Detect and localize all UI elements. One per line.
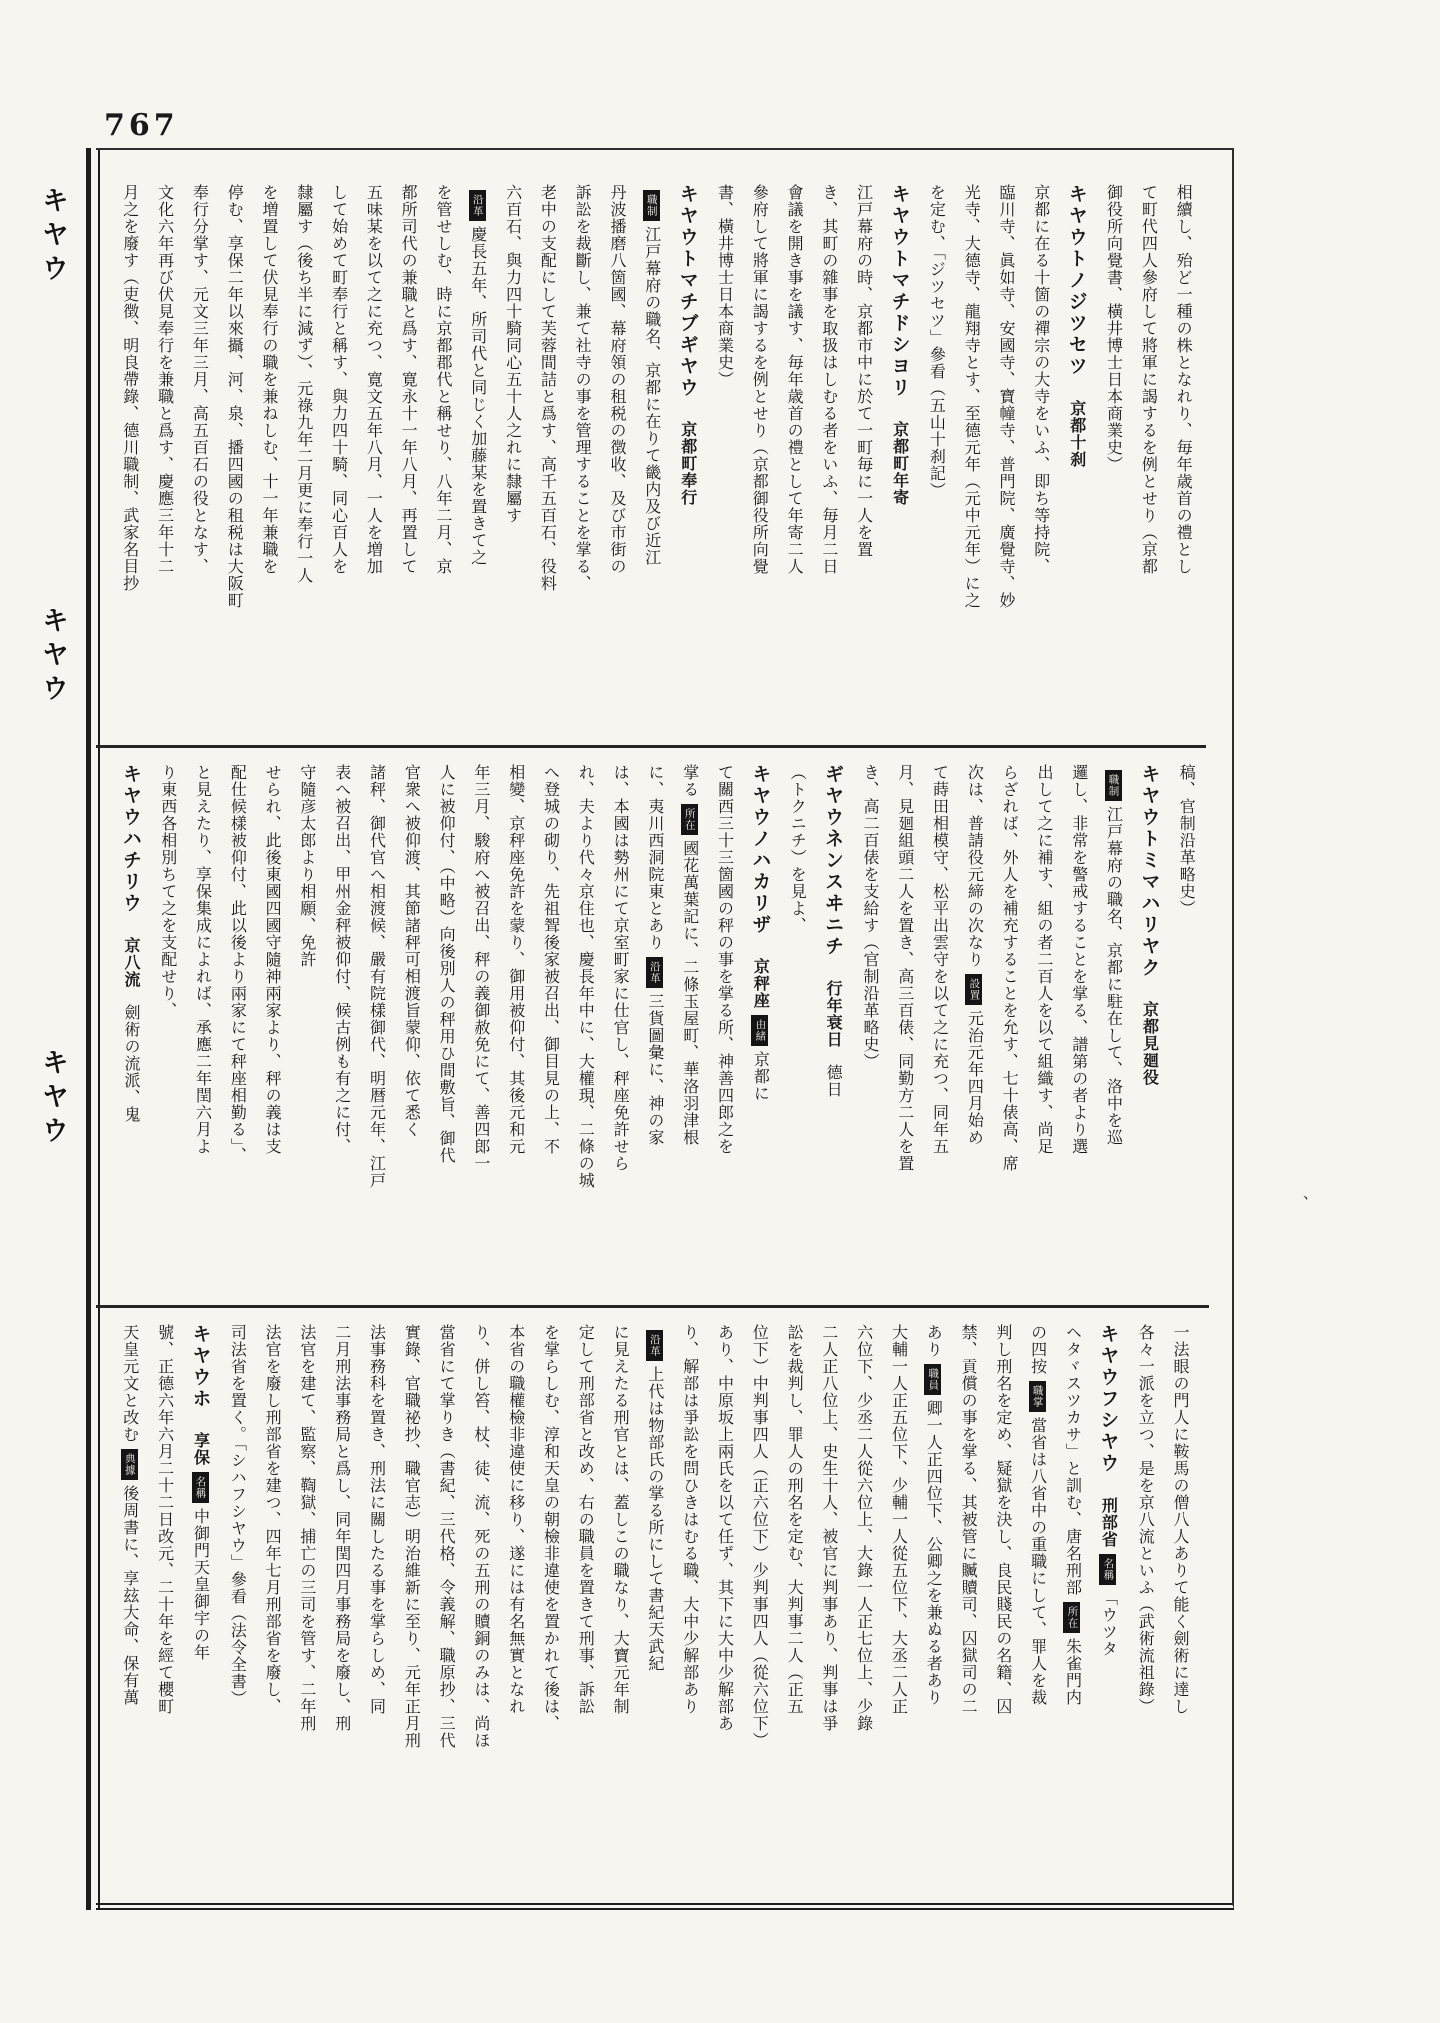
column-text: 判し刑名を定め、疑獄を決し、良民賤民の名籍、囚: [994, 1324, 1011, 1715]
text-column: 司法省を置く。「シハフシヤウ」參看（法令全書）: [228, 1324, 245, 1894]
entry-subtitle: 行年衰日: [824, 980, 841, 1048]
section-tag: 名稱: [192, 1472, 209, 1503]
column-text: 慶長五年、所司代と同じく加藤某を置きて之: [469, 226, 486, 566]
section-tag: 沿革: [646, 957, 663, 988]
text-column: き、其町の雜事を取扱はしむる者をいふ、毎月二日: [819, 184, 836, 739]
entry-headword: キヤウホ: [190, 1324, 211, 1410]
column-text: 書、橫井博士日本商業史）: [715, 184, 732, 388]
text-column: 邏し、非常を警戒することを掌る、譜第の者より選: [1069, 764, 1086, 1299]
column-text: せられ、此後東國四國守隨神兩家より、秤の義は支: [263, 764, 280, 1155]
entry-headword-column: キヤウトマチドシヨリ京都町年寄: [889, 184, 909, 739]
entry-headword-column: キヤウトミマハリヤク京都見廻役: [1139, 764, 1159, 1299]
entry-headword-column: キヤウトノジツセツ京都十刹: [1066, 184, 1086, 739]
text-column: き、高二百俵を支給す（官制沿革略史）: [860, 764, 877, 1299]
margin-kana-label-1: キヤウ: [34, 186, 73, 288]
text-column: 諸秤、御代官へ相渡候、嚴有院樣御代、明暦元年、江戸: [367, 764, 384, 1299]
column-text: 號、正德六年六月二十二日改元、二十年を經て櫻町: [156, 1324, 173, 1715]
section-tag: 職制: [1105, 770, 1122, 801]
entry-subtitle: 刑部省: [1099, 1497, 1116, 1548]
column-text: 都所司代の兼職と爲す、寛永十一年八月、再置して: [399, 184, 416, 575]
column-text: 丹波播磨八箇國、幕府領の租税の徴收、及び市街の: [608, 184, 625, 575]
entry-headword: キヤウフシヤウ: [1097, 1324, 1118, 1475]
column-text: は、本國は勢州にて京室町家に仕官し、秤座免許せら: [611, 764, 628, 1172]
entry-headword-column: キヤウホ享保名稱中御門天皇御宇の年: [190, 1324, 210, 1894]
column-text: 掌る: [681, 764, 698, 798]
text-column: 法官を廢し刑部省を建つ、四年七月刑部省を廢し、: [262, 1324, 279, 1894]
section-tag: 職員: [924, 1364, 941, 1395]
text-column: 法官を建て、監察、鞫獄、捕亡の三司を管す、二年刑: [297, 1324, 314, 1894]
column-text: ヘタヾスツカサ」と訓む、唐名刑部: [1063, 1324, 1080, 1596]
text-column: 次は、普請役元締の次なり設置元治元年四月始め: [965, 764, 982, 1299]
column-text: 京都に在る十箇の禪宗の大寺をいふ、即ち等持院、: [1032, 184, 1049, 575]
column-text: て關西三十三箇國の秤の事を掌る所、神善四郎之を: [715, 764, 732, 1155]
text-column: 御役所向覺書、橫井博士日本商業史）: [1104, 184, 1121, 739]
text-column: を増置して伏見奉行の職を兼ねしむ、十一年兼職を: [259, 184, 276, 739]
column-text: 實錄、官職祕抄、職官志）明治維新に至り、元年正月刑: [402, 1324, 419, 1749]
dictionary-band-top: 相續し、殆ど一種の株となれり、毎年歳首の禮として町代四人參府して將軍に謁するを例…: [96, 150, 1206, 748]
column-text: 各々一派を立つ、是を京八流といふ（武術流祖錄）: [1136, 1324, 1153, 1715]
text-column: 當省にて掌りき（書紀、三代格、令義解、職原抄、三代: [436, 1324, 453, 1894]
text-column: れ、夫より代々京住也、慶長年中に、大權現、二條の城: [576, 764, 593, 1299]
column-text: 三貨圖彙に、神の家: [646, 993, 663, 1146]
column-text: 光寺、大德寺、龍翔寺とす、至德元年（元中元年）に之: [962, 184, 979, 609]
text-column: 職制江戸幕府の職名、京都に在りて畿内及び近江: [642, 184, 659, 739]
entry-subtitle: 京秤座: [751, 958, 768, 1009]
text-column: 本省の職權檢非違使に移り、遂には有名無實となれ: [506, 1324, 523, 1894]
column-text: 法官を建て、監察、鞫獄、捕亡の三司を管す、二年刑: [298, 1324, 315, 1732]
column-text: 二人正八位上、史生十人、被官に判事あり、判事は爭: [820, 1324, 837, 1732]
column-text: 江戸幕府の職名、京都に駐在して、洛中を巡: [1105, 806, 1122, 1146]
column-text: 邏し、非常を警戒することを掌る、譜第の者より選: [1070, 764, 1087, 1155]
text-column: 老中の支配にして芙蓉間詰と爲す、高千五百石、役料: [538, 184, 555, 739]
entry-subtitle: 京都見廻役: [1140, 1001, 1157, 1086]
column-text: り、解部は爭訟を問ひきはむる職、大中少解部あり: [681, 1324, 698, 1715]
text-column: 二人正八位上、史生十人、被官に判事あり、判事は爭: [819, 1324, 836, 1894]
margin-kana-label-2: キヤウ: [34, 606, 73, 708]
text-column: 稿、官制沿革略史）: [1176, 764, 1193, 1299]
text-column: 月、見廻組頭二人を置き、高三百俵、同勤方二人を置: [895, 764, 912, 1299]
column-text: して始めて町奉行と稱す、與力四十騎、同心百人を: [330, 184, 347, 575]
column-text: 停む、享保二年以來攝、河、泉、播四國の租税は大阪町: [225, 184, 242, 609]
column-text: 中御門天皇御宇の年: [192, 1508, 209, 1661]
text-column: 大輔一人正五位下、少輔一人從五位下、大丞二人正: [889, 1324, 906, 1894]
entry-subtitle: 京八流: [122, 937, 139, 988]
text-column: を掌らしむ、淳和天皇の朝檢非違使を置かれて後は、: [541, 1324, 558, 1894]
entry-headword-column: キヤウハチリウ京八流劍術の流派、鬼: [120, 764, 140, 1299]
column-text: 大輔一人正五位下、少輔一人從五位下、大丞二人正: [889, 1324, 906, 1715]
text-column: て町代四人參府して將軍に謁するを例とせり（京都: [1139, 184, 1156, 739]
text-column: て蒔田相模守、松平出雲守を以て之に充つ、同年五: [930, 764, 947, 1299]
column-text: 人に被仰付、（中略）向後別人の秤用ひ間敷旨、御代: [437, 764, 454, 1164]
column-text: 訟を裁判し、罪人の刑名を定む、大判事二人（正五: [785, 1324, 802, 1715]
column-text: 法官を廢し刑部省を建つ、四年七月刑部省を廢し、: [263, 1324, 280, 1715]
column-text: 稿、官制沿革略史）: [1177, 764, 1194, 917]
entry-headword-column: キヤウフシヤウ刑部省名稱「ウツタ: [1097, 1324, 1117, 1894]
text-column: して始めて町奉行と稱す、與力四十騎、同心百人を: [329, 184, 346, 739]
text-column: て關西三十三箇國の秤の事を掌る所、神善四郎之を: [715, 764, 732, 1299]
text-column: 奉行分掌す、元文三年三月、高五百石の役となす、: [190, 184, 207, 739]
column-text: 表へ被召出、甲州金秤被仰付、候古例も有之に付、: [333, 764, 350, 1155]
text-column: 停む、享保二年以來攝、河、泉、播四國の租税は大阪町: [224, 184, 241, 739]
column-text: 當省は八省中の重職にして、罪人を裁: [1029, 1417, 1046, 1706]
column-text: て町代四人參府して將軍に謁するを例とせり（京都: [1139, 184, 1156, 575]
entry-headword-column: ギヤウネンスヰニチ行年衰日德日: [822, 764, 842, 1299]
column-text: の四按: [1029, 1324, 1046, 1375]
text-column: 參府して將軍に謁するを例とせり（京都御役所向覺: [749, 184, 766, 739]
text-column: 訴訟を裁斷し、兼て社寺の事を管理することを掌る、: [572, 184, 589, 739]
scanned-dictionary-page: { "page": { "number": "767", "margin_lab…: [0, 0, 1440, 2023]
text-column: 月之を廢す（吏徴、明良帶錄、德川職制、武家名目抄: [120, 184, 137, 739]
stray-ink-mark: 、: [1303, 1182, 1318, 1203]
text-column: 相變、京秤座免許を蒙り、御用被仰付、其後元和元: [506, 764, 523, 1299]
column-text: 月之を廢す（吏徴、明良帶錄、德川職制、武家名目抄: [121, 184, 138, 592]
entry-subtitle: 京都町年寄: [891, 421, 908, 506]
text-column: 訟を裁判し、罪人の刑名を定む、大判事二人（正五: [784, 1324, 801, 1894]
column-text: り、併し笞、杖、徒、流、死の五刑の贖銅のみは、尚ほ: [472, 1324, 489, 1749]
entry-headword: キヤウトミマハリヤク: [1138, 764, 1159, 979]
entry-subtitle: 享保: [192, 1432, 209, 1466]
column-text: 禁、貢償の事を掌る、其被管に贓贖司、囚獄司の二: [959, 1324, 976, 1715]
column-text: 二月刑法事務局と爲し、同年閏四月事務局を廢し、刑: [333, 1324, 350, 1732]
column-text: 江戸幕府の時、京都市中に於て一町毎に一人を置: [855, 184, 872, 558]
column-text: 隸屬す（後ち半に減ず）、元祿九年二月更に奉行一人: [295, 184, 312, 584]
column-text: 「ウツタ: [1099, 1590, 1116, 1658]
column-text: 本省の職權檢非違使に移り、遂には有名無實となれ: [507, 1324, 524, 1715]
column-text: き、高二百俵を支給す（官制沿革略史）: [861, 764, 878, 1070]
column-text: 參府して將軍に謁するを例とせり（京都御役所向覺: [750, 184, 767, 575]
text-column: 沿革上代は物部氏の掌る所にして書紀天武紀: [645, 1324, 662, 1894]
text-column: 六百石、與力四十騎同心五十人之れに隸屬す: [503, 184, 520, 739]
column-text: 法事務科を置き、刑法に關したる事を掌らしめ、同: [368, 1324, 385, 1715]
column-text: 國花萬葉記に、二條玉屋町、華洛羽津根: [681, 840, 698, 1146]
column-text: を管せしむ、時に京都郡代と稱せり、八年二月、京: [434, 184, 451, 575]
column-text: 配仕候樣被仰付、此以後より兩家にて秤座相勤る」、: [228, 764, 245, 1164]
text-column: 天皇元文と改む典據後周書に、享玆大命、保有萬: [120, 1324, 137, 1894]
column-text: 劍術の流派、鬼: [122, 1004, 139, 1123]
text-column: 丹波播磨八箇國、幕府領の租税の徴收、及び市街の: [607, 184, 624, 739]
text-column: らざれば、外人を補充することを允す、七十俵高、席: [999, 764, 1016, 1299]
column-text: き、其町の雜事を取扱はしむる者をいふ、毎月二日: [820, 184, 837, 575]
column-text: 司法省を置く。「シハフシヤウ」參看（法令全書）: [228, 1324, 245, 1707]
text-column: に見えたる刑官とは、蓋しこの職なり、大寶元年制: [610, 1324, 627, 1894]
column-text: 御役所向覺書、橫井博士日本商業史）: [1105, 184, 1122, 473]
column-text: 位下）中判事四人（正六位下）少判事四人（從六位下）: [750, 1324, 767, 1749]
column-text: へ登城の砌り、先祖聟後家被召出、御目見の上、不: [542, 764, 559, 1155]
text-column: 人に被仰付、（中略）向後別人の秤用ひ間敷旨、御代: [436, 764, 453, 1299]
column-text: 守隨彦太郎より相願、免許: [298, 764, 315, 968]
text-column: と見えたり、享保集成によれば、承應二年閏六月よ: [193, 764, 210, 1299]
section-tag: 沿革: [646, 1330, 663, 1361]
text-column: 定して刑部省と改め、右の職員を置きて刑事、訴訟: [576, 1324, 593, 1894]
column-text: て蒔田相模守、松平出雲守を以て之に充つ、同年五: [931, 764, 948, 1155]
text-column: 禁、貢償の事を掌る、其被管に贓贖司、囚獄司の二: [958, 1324, 975, 1894]
column-text: 元治元年四月始め: [965, 1010, 982, 1146]
column-text: に、夷川西洞院東とあり: [646, 764, 663, 951]
text-column: 沿革慶長五年、所司代と同じく加藤某を置きて之: [468, 184, 485, 739]
text-column: 職制江戸幕府の職名、京都に駐在して、洛中を巡: [1104, 764, 1121, 1299]
text-column: 出して之に補す、組の者二百人を以て組織す、尚足: [1034, 764, 1051, 1299]
column-text: 定して刑部省と改め、右の職員を置きて刑事、訴訟: [576, 1324, 593, 1715]
text-column: の四按職掌當省は八省中の重職にして、罪人を裁: [1028, 1324, 1045, 1894]
text-column: 都所司代の兼職と爲す、寛永十一年八月、再置して: [398, 184, 415, 739]
text-column: 六位下、少丞二人從六位上、大錄一人正七位上、少錄: [854, 1324, 871, 1894]
page-frame: 相續し、殆ど一種の株となれり、毎年歳首の禮として町代四人參府して將軍に謁するを例…: [96, 148, 1234, 1910]
column-text: 後周書に、享玆大命、保有萬: [121, 1485, 138, 1706]
column-text: 月、見廻組頭二人を置き、高三百俵、同勤方二人を置: [896, 764, 913, 1172]
entry-subtitle: 京都十刹: [1068, 400, 1085, 468]
section-tag: 由緒: [751, 1015, 768, 1046]
text-column: り東西各相別ちて之を支配せり、: [158, 764, 175, 1299]
text-column: に、夷川西洞院東とあり沿革三貨圖彙に、神の家: [645, 764, 662, 1299]
entry-headword: キヤウトマチドシヨリ: [889, 184, 910, 399]
column-text: 五味某を以て之に充つ、寛文五年八月、一人を増加: [364, 184, 381, 575]
column-text: 文化六年再び伏見奉行を兼職と爲す、慶應三年十二: [156, 184, 173, 575]
text-column: 文化六年再び伏見奉行を兼職と爲す、慶應三年十二: [155, 184, 172, 739]
column-text: 京都に: [751, 1051, 768, 1102]
column-text: 六位下、少丞二人從六位上、大錄一人正七位上、少錄: [855, 1324, 872, 1732]
entry-headword: キヤウトマチブギヤウ: [677, 184, 698, 399]
column-text: 奉行分掌す、元文三年三月、高五百石の役となす、: [190, 184, 207, 575]
text-column: 掌る所在國花萬葉記に、二條玉屋町、華洛羽津根: [680, 764, 697, 1299]
column-text: 相續し、殆ど一種の株となれり、毎年歳首の禮とし: [1174, 184, 1191, 575]
text-column: を管せしむ、時に京都郡代と稱せり、八年二月、京: [433, 184, 450, 739]
text-column: あり、中原坂上兩氏を以て任ず、其下に大中少解部あ: [715, 1324, 732, 1894]
page-number: 767: [104, 108, 179, 143]
text-column: 相續し、殆ど一種の株となれり、毎年歳首の禮とし: [1173, 184, 1190, 739]
column-text: 官衆へ被仰渡、其節諸秤可相渡旨蒙仰、依て悉く: [402, 764, 419, 1138]
column-text: 天皇元文と改む: [121, 1324, 138, 1443]
text-column: 年三月、駿府へ被召出、秤の義御赦免にて、善四郎一: [471, 764, 488, 1299]
column-text: を定む、「ジツセツ」參看（五山十刹記）: [927, 184, 944, 499]
section-tag: 職掌: [1029, 1381, 1046, 1412]
column-text: 諸秤、御代官へ相渡候、嚴有院樣御代、明暦元年、江戸: [368, 764, 385, 1189]
text-column: り、併し笞、杖、徒、流、死の五刑の贖銅のみは、尚ほ: [471, 1324, 488, 1894]
column-text: 年三月、駿府へ被召出、秤の義御赦免にて、善四郎一: [472, 764, 489, 1172]
column-text: と見えたり、享保集成によれば、承應二年閏六月よ: [194, 764, 211, 1155]
column-text: に見えたる刑官とは、蓋しこの職なり、大寶元年制: [611, 1324, 628, 1715]
column-text: 德日: [824, 1064, 841, 1098]
column-text: 一法眼の門人に鞍馬の僧八人ありて能く劍術に達し: [1171, 1324, 1188, 1715]
text-column: を定む、「ジツセツ」參看（五山十刹記）: [927, 184, 944, 739]
text-column: 臨川寺、眞如寺、安國寺、寶幢寺、普門院、廣覺寺、妙: [996, 184, 1013, 739]
text-column: 一法眼の門人に鞍馬の僧八人ありて能く劍術に達し: [1170, 1324, 1187, 1894]
section-tag: 設置: [965, 974, 982, 1005]
column-text: れ、夫より代々京住也、慶長年中に、大權現、二條の城: [576, 764, 593, 1189]
text-column: 配仕候樣被仰付、此以後より兩家にて秤座相勤る」、: [228, 764, 245, 1299]
column-text: り東西各相別ちて之を支配せり、: [159, 764, 176, 1019]
section-tag: 典據: [121, 1449, 138, 1480]
text-column: 五味某を以て之に充つ、寛文五年八月、一人を増加: [364, 184, 381, 739]
section-tag: 沿革: [469, 190, 486, 221]
text-column: へ登城の砌り、先祖聟後家被召出、御目見の上、不: [541, 764, 558, 1299]
section-tag: 所在: [681, 804, 698, 835]
text-column: 京都に在る十箇の禪宗の大寺をいふ、即ち等持院、: [1031, 184, 1048, 739]
column-text: （トクニチ）を見よ、: [788, 764, 805, 934]
text-column: 守隨彦太郎より相願、免許: [297, 764, 314, 1299]
entry-headword: キヤウトノジツセツ: [1066, 184, 1087, 378]
text-column: り、解部は爭訟を問ひきはむる職、大中少解部あり: [680, 1324, 697, 1894]
column-text: 相變、京秤座免許を蒙り、御用被仰付、其後元和元: [507, 764, 524, 1155]
column-text: 會議を開き事を議す、毎年歳首の禮として年寄二人: [785, 184, 802, 575]
column-text: 朱雀門内: [1063, 1638, 1080, 1706]
text-column: 書、橫井博士日本商業史）: [715, 184, 732, 739]
text-column: 光寺、大德寺、龍翔寺とす、至德元年（元中元年）に之: [961, 184, 978, 739]
text-column: 實錄、官職祕抄、職官志）明治維新に至り、元年正月刑: [402, 1324, 419, 1894]
text-column: 二月刑法事務局と爲し、同年閏四月事務局を廢し、刑: [332, 1324, 349, 1894]
text-column: あり職員卿一人正四位下、公卿之を兼ぬる者あり: [923, 1324, 940, 1894]
text-column: 江戸幕府の時、京都市中に於て一町毎に一人を置: [854, 184, 871, 739]
section-tag: 所在: [1063, 1602, 1080, 1633]
text-column: ヘタヾスツカサ」と訓む、唐名刑部所在朱雀門内: [1063, 1324, 1080, 1894]
entry-headword-column: キヤウノハカリザ京秤座由緒京都に: [749, 764, 769, 1299]
entry-headword-column: キヤウトマチブギヤウ京都町奉行: [677, 184, 697, 739]
column-text: 卿一人正四位下、公卿之を兼ぬる者あり: [924, 1400, 941, 1706]
margin-kana-label-3: キヤウ: [34, 1048, 73, 1150]
text-column: 會議を開き事を議す、毎年歳首の禮として年寄二人: [784, 184, 801, 739]
column-text: あり、中原坂上兩氏を以て任ず、其下に大中少解部あ: [715, 1324, 732, 1732]
column-text: 次は、普請役元締の次なり: [965, 764, 982, 968]
column-text: 出して之に補す、組の者二百人を以て組織す、尚足: [1035, 764, 1052, 1155]
text-column: 表へ被召出、甲州金秤被仰付、候古例も有之に付、: [332, 764, 349, 1299]
column-text: らざれば、外人を補充することを允す、七十俵高、席: [1000, 764, 1017, 1172]
text-column: 法事務科を置き、刑法に關したる事を掌らしめ、同: [367, 1324, 384, 1894]
column-text: 臨川寺、眞如寺、安國寺、寶幢寺、普門院、廣覺寺、妙: [997, 184, 1014, 609]
text-column: 位下）中判事四人（正六位下）少判事四人（從六位下）: [749, 1324, 766, 1894]
column-text: 六百石、與力四十騎同心五十人之れに隸屬す: [504, 184, 521, 524]
text-column: は、本國は勢州にて京室町家に仕官し、秤座免許せら: [610, 764, 627, 1299]
entry-headword: ギヤウネンスヰニチ: [822, 764, 843, 958]
text-column: せられ、此後東國四國守隨神兩家より、秤の義は支: [262, 764, 279, 1299]
column-text: 上代は物部氏の掌る所にして書紀天武紀: [646, 1366, 663, 1672]
column-text: あり: [924, 1324, 941, 1358]
text-column: 各々一派を立つ、是を京八流といふ（武術流祖錄）: [1135, 1324, 1152, 1894]
column-text: 老中の支配にして芙蓉間詰と爲す、高千五百石、役料: [538, 184, 555, 592]
section-tag: 名稱: [1099, 1554, 1116, 1585]
section-tag: 職制: [643, 190, 660, 221]
entry-subtitle: 京都町奉行: [679, 421, 696, 506]
column-text: 訴訟を裁斷し、兼て社寺の事を管理することを掌る、: [573, 184, 590, 592]
column-text: 當省にて掌りき（書紀、三代格、令義解、職原抄、三代: [437, 1324, 454, 1749]
column-text: 江戸幕府の職名、京都に在りて畿内及び近江: [643, 226, 660, 566]
text-column: 隸屬す（後ち半に減ず）、元祿九年二月更に奉行一人: [294, 184, 311, 739]
entry-headword: キヤウハチリウ: [120, 764, 141, 915]
text-column: 號、正德六年六月二十二日改元、二十年を經て櫻町: [155, 1324, 172, 1894]
dictionary-band-middle: 稿、官制沿革略史）キヤウトミマハリヤク京都見廻役職制江戸幕府の職名、京都に駐在し…: [96, 748, 1209, 1308]
column-text: を増置して伏見奉行の職を兼ねしむ、十一年兼職を: [260, 184, 277, 575]
entry-headword: キヤウノハカリザ: [749, 764, 770, 936]
text-column: 判し刑名を定め、疑獄を決し、良民賤民の名籍、囚: [993, 1324, 1010, 1894]
text-column: 官衆へ被仰渡、其節諸秤可相渡旨蒙仰、依て悉く: [402, 764, 419, 1299]
dictionary-band-bottom: 一法眼の門人に鞍馬の僧八人ありて能く劍術に達し各々一派を立つ、是を京八流といふ（…: [96, 1308, 1203, 1900]
text-column: （トクニチ）を見よ、: [787, 764, 804, 1299]
column-text: を掌らしむ、淳和天皇の朝檢非違使を置かれて後は、: [542, 1324, 559, 1732]
